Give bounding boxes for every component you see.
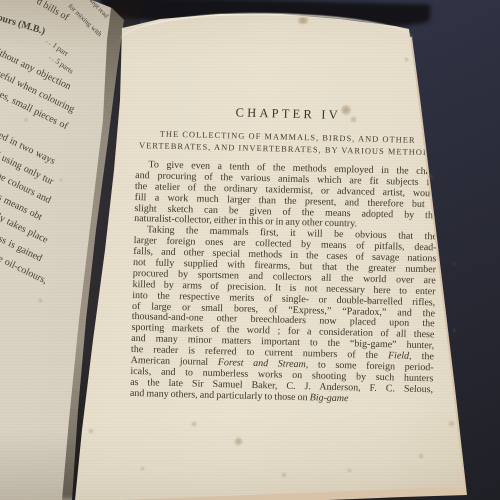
text-segment: ality” without any objection: [0, 33, 73, 93]
text-segment: larger foreign ones are collected by mea…: [134, 235, 437, 253]
text-segment: d very useful when colouring: [0, 53, 76, 115]
body-line: and many minor matters important to the …: [131, 334, 434, 352]
body-line: To give even a tenth of the methods empl…: [135, 160, 438, 178]
left-page-fragment: for mixing with: [66, 2, 103, 38]
body-line: as the late Sir Samuel Baker, C. J. Ande…: [130, 378, 433, 396]
left-page-fragment: . . 1 part: [45, 36, 70, 58]
text-segment: into the respective merits of single- or…: [132, 290, 435, 308]
text-segment: To give even a tenth of the methods empl…: [148, 159, 438, 177]
text-segment: nishes and using only tur: [0, 132, 56, 187]
body-line: fill a work much larger than the present…: [135, 193, 438, 211]
text-segment: fill a work much larger than the present…: [135, 192, 438, 210]
text-segment: ss, is gained in two ways: [0, 112, 57, 167]
chapter-heading: CHAPTER IV: [137, 103, 440, 125]
body-line: killed by arms of precision. It is not n…: [132, 280, 435, 298]
text-segment: rns, grasses, small pieces of: [0, 73, 70, 132]
foxing-spot: [452, 328, 457, 333]
italic-text: Field: [388, 350, 409, 362]
body-line: and many others, and particularly to tho…: [130, 389, 433, 407]
right-page-content: CHAPTER IV THE COLLECTING OF MAMMALS, BI…: [130, 103, 440, 407]
text-segment: the atelier of the ordinary taxidermist,…: [135, 181, 438, 199]
text-segment: Taking the mammals first, it will be obv…: [147, 225, 437, 243]
text-segment: not fully supplied with firearms, but th…: [133, 257, 436, 275]
text-segment: as the late Sir Samuel Baker, C. J. Ande…: [130, 377, 433, 395]
text-segment: icals, and to numberless works on shooti…: [130, 366, 433, 384]
open-book-photo: e kept readfor mixing withd bills ofolou…: [0, 0, 500, 500]
text-segment: thousand-and-one other breechloaders now…: [132, 311, 435, 329]
text-segment: American journal: [131, 355, 218, 368]
foxing-spot: [452, 262, 456, 266]
left-page-fragment: . . 5 parts: [48, 52, 76, 76]
text-segment: tine, by this means obt: [0, 172, 44, 222]
left-page-fragment: d bills of: [35, 0, 71, 23]
body-line: Taking the mammals first, it will be obv…: [134, 225, 437, 243]
body-text: To give even a tenth of the methods empl…: [130, 160, 439, 407]
chapter-subtitle-line-1: THE COLLECTING OF MAMMALS, BIRDS, AND OT…: [136, 128, 439, 147]
body-line: larger foreign ones are collected by mea…: [133, 236, 436, 254]
text-segment: purposes.: [0, 92, 1, 119]
body-line: icals, and to numberless works on shooti…: [130, 367, 433, 385]
text-segment: , the: [409, 351, 434, 363]
body-line: into the respective merits of single- or…: [132, 291, 435, 309]
text-segment: edia into the colours and: [0, 152, 53, 206]
text-segment: ch inevitably takes place: [0, 192, 50, 246]
text-segment: the reader is referred to current number…: [131, 344, 388, 361]
text-segment: naturalist-collector, either in this or …: [134, 213, 357, 229]
text-segment: of large or small bores, of “Express,” “…: [132, 301, 435, 319]
text-segment: , to some foreign period-: [306, 359, 434, 373]
text-segment: and many minor matters important to the …: [131, 333, 434, 351]
body-line: sporting markets of the world ; for a co…: [131, 323, 434, 341]
text-segment: procured by sportsmen and collectors all…: [133, 268, 436, 286]
text-segment: falls, and other special methods in the …: [133, 246, 436, 264]
text-segment: slight sketch can be given of the means …: [134, 203, 437, 221]
text-segment: and procuring of the various animals whi…: [135, 170, 438, 188]
body-line: naturalist-collector, either in this or …: [134, 214, 437, 232]
chapter-subtitle-line-2: VERTEBRATES, AND INVERTEBRATES, BY VARIO…: [136, 139, 439, 158]
body-line: falls, and other special methods in the …: [133, 247, 436, 265]
text-segment: flatness is gained: [0, 222, 44, 264]
body-line: slight sketch can be given of the means …: [134, 204, 437, 222]
body-line: American journal Forest and Stream, to s…: [131, 356, 434, 374]
body-line: procured by sportsmen and collectors all…: [133, 269, 436, 287]
text-segment: and many others, and particularly to tho…: [130, 388, 310, 403]
left-page-fragment: olours (M.B.): [0, 10, 46, 37]
body-line: thousand-and-one other breechloaders now…: [132, 312, 435, 330]
italic-text: Forest and Stream: [218, 357, 306, 370]
body-line: and procuring of the various animals whi…: [135, 171, 438, 189]
body-line: of large or small bores, of “Express,” “…: [132, 302, 435, 320]
body-line: the reader is referred to current number…: [131, 345, 434, 363]
body-line: not fully supplied with firearms, but th…: [133, 258, 436, 276]
text-segment: with the tube oil-colours,: [0, 232, 49, 287]
text-segment: killed by arms of precision. It is not n…: [132, 279, 435, 297]
italic-text: Big-game: [310, 392, 349, 404]
body-line: the atelier of the ordinary taxidermist,…: [135, 182, 438, 200]
text-segment: sporting markets of the world ; for a co…: [131, 322, 434, 340]
